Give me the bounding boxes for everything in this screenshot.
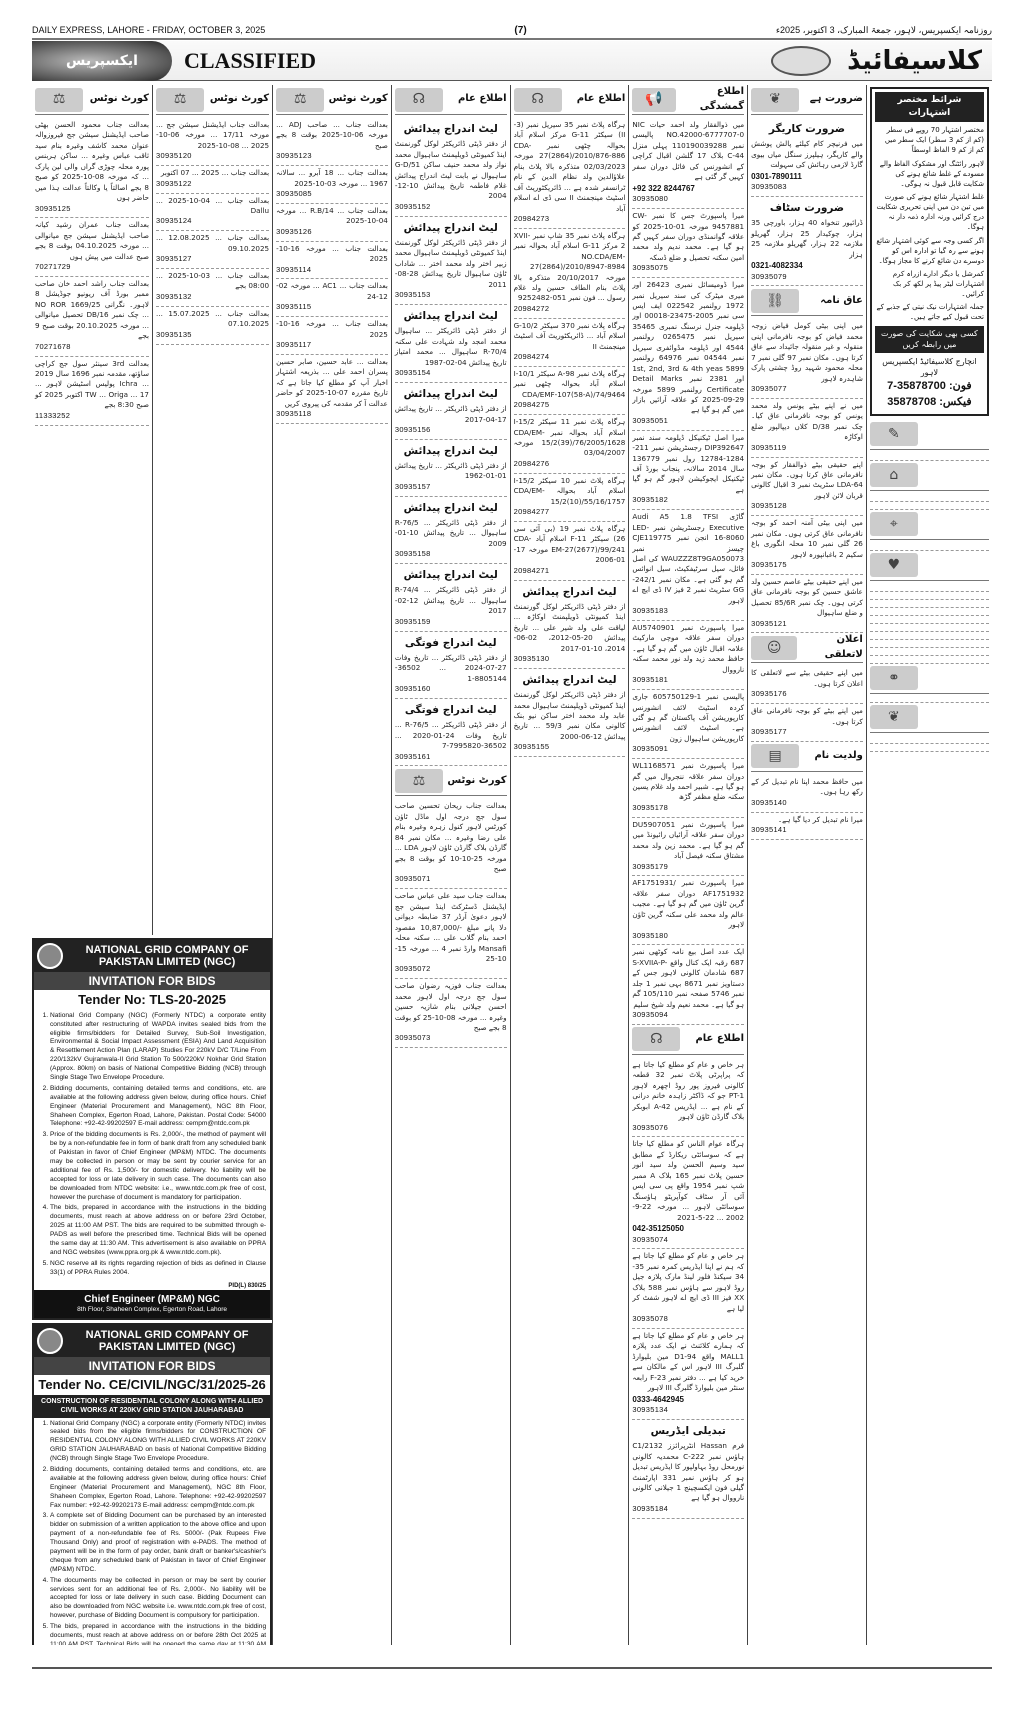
classified-ad: میرا پاسپورٹ نمبر AF1751931/ AF1751932 د…: [632, 876, 744, 945]
ngc-logo-icon: [37, 943, 63, 969]
page-header: DAILY EXPRESS, LAHORE - FRIDAY, OCTOBER …: [32, 22, 992, 40]
classified-ad: [870, 632, 989, 640]
classified-ad: ہرگاہ پلاٹ نمبر 10 سیکٹر I-15/2 اسلام آب…: [514, 474, 626, 522]
rules-item: جملہ اشتہارات نیک نیتی کے جذبے کے تحت قب…: [875, 302, 984, 322]
classified-ad: میرا نام تبدیل کر دیا گیا ہے۔30935141: [751, 813, 863, 840]
book-icon: ▤: [751, 744, 799, 768]
classified-ad: بعدالت جناب ... 18 آبرو ... سالانہ 1967 …: [276, 166, 388, 204]
classified-ad: بعدالت جناب ... مورخہ 16-10-202530935117: [276, 317, 388, 355]
column-court-notices-a: کورٹ نوٹس⚖ بعدالت جناب ... صاحب ADJ ... …: [272, 85, 391, 1645]
tender-header: NATIONAL GRID COMPANY OF PAKISTAN LIMITE…: [34, 940, 270, 972]
section-header: کورٹ نوٹس⚖: [35, 85, 149, 115]
court-icon: ⚖: [35, 88, 83, 112]
classified-ad: میرا پاسپورٹ نمبر WL1168571 دوران سفر عل…: [632, 759, 744, 818]
classified-ad: ہر خاص و عام کو مطلع کیا جاتا ہے کہ ہم ن…: [632, 1249, 744, 1329]
classified-ad: لیٹ اندراج فوتگیاز دفتر ڈپٹی ڈائریکٹر ..…: [395, 632, 507, 699]
classified-ad: لیٹ اندراج پیدائشاز دفتر ڈپٹی ڈائریکٹر .…: [395, 305, 507, 383]
classified-ad: لیٹ اندراج پیدائشاز دفتر ڈپٹی ڈائریکٹر ل…: [514, 669, 626, 757]
header-right: روزنامہ ایکسپریس، لاہور، جمعۃ المبارک، 3…: [776, 25, 992, 36]
section-header-health: ♥: [870, 551, 989, 581]
classified-ad: تبدیلی ایڈریسفرم Hassan انٹرپرائزز C1/21…: [632, 1420, 744, 1519]
classified-ad: لیٹ اندراج فوتگیاز دفتر ڈپٹی ڈائریکٹر ..…: [395, 699, 507, 766]
section-header: کورٹ نوٹس⚖: [156, 85, 269, 115]
speaking-head-icon: ☊: [514, 88, 562, 112]
column-lost-notices: اطلاع گمشدگی📢 میں ذوالفقار ولد احمد حیات…: [628, 85, 747, 1645]
tender-notice-tls: NATIONAL GRID COMPANY OF PAKISTAN LIMITE…: [32, 938, 272, 1320]
classified-ad: بعدالت جناب ... مورخہ 16-10-202530935114: [276, 242, 388, 280]
classified-ad: [870, 592, 989, 600]
classified-ad: ہرگاہ پلاٹ نمبر 19 (بی آئی سی 26) سیکٹر …: [514, 522, 626, 581]
classified-ad: ہرگاہ پلاٹ نمبر 35 سیریل نمبر (3-II) سیک…: [514, 118, 626, 229]
classified-ad: بعدالت جناب فوزیہ رضوان صاحب سول جج درجہ…: [395, 979, 507, 1048]
classified-ad: [870, 744, 989, 752]
newspaper-page: DAILY EXPRESS, LAHORE - FRIDAY, OCTOBER …: [32, 22, 992, 1667]
rules-item: اگر کسی وجہ سے کوئی اشتہار شائع ہونے سے …: [875, 236, 984, 266]
classified-ad: پالیسی نمبر 1-605750129 جاری کردہ اسٹیٹ …: [632, 690, 744, 759]
column-right-classifieds: شرائط مختصر اشتہارات مختصر اشتہار 70 روپ…: [866, 85, 992, 1645]
classified-ad: میں اپنے حقیقی بیٹے عاصم حسین ولد عاشق ح…: [751, 575, 863, 634]
fitness-icon: ♥: [870, 553, 918, 577]
header-left: DAILY EXPRESS, LAHORE - FRIDAY, OCTOBER …: [32, 25, 265, 35]
classified-ad: ضرورت کاریگرمیں فرنیچر کام کیلئے پالش پو…: [751, 118, 863, 197]
house-icon: ⌂: [870, 463, 918, 487]
classified-ad: [870, 608, 989, 616]
classified-ad: بعدالت جناب ... 04-10-2025 ... Dallu3093…: [156, 194, 269, 232]
chain-icon: ⛓: [751, 289, 799, 313]
column-court-notices-c: کورٹ نوٹس⚖ بعدالت جناب محمود الحسن بھٹی …: [32, 85, 152, 935]
incharge: انچارج کلاسیفائیڈ ایکسپریس لاہور: [875, 356, 984, 379]
classified-ad: بعدالت جناب ... AC1 ... مورخہ 02-12-2430…: [276, 279, 388, 317]
classified-ad: میں اپنے حقیقی بیٹے سے لاتعلقی کا اعلان …: [751, 666, 863, 704]
pen-icon: ✎: [870, 422, 918, 446]
magnifier-icon: [771, 46, 831, 76]
person-icon: ☺: [751, 636, 797, 660]
plant-icon: ❦: [870, 705, 918, 729]
classified-ad: لیٹ اندراج پیدائشاز دفتر ڈپٹی ڈائریکٹر ل…: [514, 581, 626, 669]
classified-ad: بعدالت جناب ایڈیشنل سیشن جج ... مورخہ 17…: [156, 118, 269, 166]
tender-number: Tender No. CE/CIVIL/NGC/31/2025-26: [34, 1375, 270, 1395]
rules-item: مختصر اشتہار 70 روپے فی سطر (کم از کم 3 …: [875, 125, 984, 155]
express-logo: ایکسپریس: [32, 41, 172, 81]
classified-ad: بعدالت جناب عمران رشید کیانہ صاحب ایڈیشن…: [35, 218, 149, 277]
tender-notice-civil: NATIONAL GRID COMPANY OF PAKISTAN LIMITE…: [32, 1323, 272, 1645]
classified-ad: بعدالت جناب سید علی عباس صاحب ایڈیشنل ڈس…: [395, 889, 507, 979]
classified-ad: [870, 616, 989, 624]
classified-ad: میں اپنی بیٹی آمنہ احمد کو بوجہ نافرمانی…: [751, 516, 863, 575]
rules-item: لاہور رائٹنگ اور مشکوک الفاظ والے مسودے …: [875, 159, 984, 189]
phone: فون: 35878700-7: [875, 379, 984, 395]
classified-ad: [870, 502, 989, 510]
classified-ad: [870, 640, 989, 648]
classified-ad: میں حافظ محمد اپنا نام تبدیل کر کے رکھ ر…: [751, 775, 863, 813]
classified-ad: بعدالت جناب محمود الحسن بھٹی صاحب ایڈیشن…: [35, 118, 149, 218]
classified-ad: ہرگاہ پلاٹ نمبر 35 شاپ نمبر XVII-2 مرکز …: [514, 229, 626, 319]
classified-ad: ایک عدد اصل بیع نامہ کوٹھی نمبر 687 رقبہ…: [632, 945, 744, 1025]
classified-ad: میرا پاسپورٹ نمبر AU5740901 دوران سفر عل…: [632, 621, 744, 690]
classified-ad: بعدالت جناب ریحان تحسین صاحب سول جج درجہ…: [395, 799, 507, 889]
plant-icon: ❦: [751, 88, 799, 112]
classified-ad: ضرورت سٹافڈرائیور تنخواہ 40 ہزار، باورچی…: [751, 197, 863, 286]
banner-title-ur: کلاسیفائیڈ: [837, 46, 992, 76]
column-general-notices: اطلاع عام☊ ہرگاہ پلاٹ نمبر 35 سیریل نمبر…: [510, 85, 629, 1645]
court-icon: ⚖: [276, 88, 324, 112]
page-number: (7): [514, 25, 526, 36]
classified-ad: میرا اصل ٹیکنیکل ڈپلومہ سند نمبر DIP3926…: [632, 431, 744, 511]
classified-ad: ہرگاہ پلاٹ نمبر 370 سیکٹر G-10/2 اسلام آ…: [514, 319, 626, 367]
section-header-good-news: ⌂: [870, 461, 989, 491]
rules-box: شرائط مختصر اشتہارات مختصر اشتہار 70 روپ…: [870, 87, 989, 416]
compass-icon: ⌖: [870, 512, 918, 536]
section-header: عاق نامہ⛓: [751, 286, 863, 316]
ngc-logo-icon: [37, 1328, 63, 1354]
rules-item: غلط اشتہار شائع ہونے کی صورت میں تین دن …: [875, 192, 984, 233]
section-header-marriage: ⚭: [870, 664, 989, 694]
section-header: اطلاع عام☊: [395, 85, 507, 115]
section-header: اطلاع گمشدگی📢: [632, 85, 744, 115]
classified-ad: [870, 453, 989, 461]
bottom-rule: [32, 1667, 992, 1669]
columns: شرائط مختصر اشتہارات مختصر اشتہار 70 روپ…: [32, 85, 992, 1645]
classified-ad: بعدالت 3rd سینئر سول جج کراچی ساؤتھ، مقد…: [35, 357, 149, 426]
classified-ad: بعدالت جناب ... 03-10-2025 ... 08:00 بجے…: [156, 269, 269, 307]
section-header: اطلاع عام☊: [514, 85, 626, 115]
classified-ad: [870, 656, 989, 664]
classified-ad: میرا پاسپورٹ جس کا نمبر CW-9457881 مورخہ…: [632, 209, 744, 278]
megaphone-icon: 📢: [632, 88, 676, 112]
classified-ad: لیٹ اندراج پیدائشاز دفتر ڈپٹی ڈائریکٹر ل…: [395, 217, 507, 305]
classified-ad: لیٹ اندراج پیدائشاز دفتر ڈپٹی ڈائریکٹر .…: [395, 564, 507, 631]
rules-title: شرائط مختصر اشتہارات: [875, 92, 984, 122]
classified-ad: میں اپنی بیٹی کومل فیاض زوجہ محمد فیاض ک…: [751, 319, 863, 399]
column-wanted-disinherit: ضرورت ہے❦ ضرورت کاریگرمیں فرنیچر کام کیل…: [747, 85, 866, 1645]
classified-ad: بعدالت جناب ... 12.08.2025 ... 09.10.202…: [156, 231, 269, 269]
classified-ad: ہرگاہ عوام الناس کو مطلع کیا جاتا ہے کہ …: [632, 1137, 744, 1249]
classified-ad: لیٹ اندراج پیدائشاز دفتر ڈپٹی ڈائریکٹر .…: [395, 497, 507, 564]
section-header-plots: ✎: [870, 420, 989, 450]
speaking-head-icon: ☊: [395, 88, 443, 112]
tender-header: NATIONAL GRID COMPANY OF PAKISTAN LIMITE…: [34, 1325, 270, 1357]
rules-item: کمرشل یا دیگر ادارے ازراہ کرم اشتہارات ل…: [875, 269, 984, 299]
court-icon: ⚖: [395, 769, 443, 793]
classified-ad: [870, 600, 989, 608]
section-header-wanted: ❦: [870, 703, 989, 733]
classified-ad: بعدالت جناب راشد احمد خان صاحب ممبر بورڈ…: [35, 277, 149, 357]
classified-ad: [870, 584, 989, 592]
classified-ad: بعدالت جناب ... 15.07.2025 ... 07.10.202…: [156, 307, 269, 345]
classified-ad: میں نے اپنے بیٹے یونس ولد محمد یونس کو ب…: [751, 399, 863, 458]
complaint-bar: کسی بھی شکایت کی صورت میں رابطہ کریں: [875, 326, 984, 353]
classified-ad: میں اپنے بیٹے کو بوجہ نافرمانی عاق کرتا …: [751, 704, 863, 742]
classified-ad: بعدالت جناب ... 14/R.B ... مورخہ 04-10-2…: [276, 204, 388, 242]
classified-ad: بعدالت ... عابد حسین، صابر حسین پسران اح…: [276, 355, 388, 424]
section-header: اطلاع عام☊: [632, 1025, 744, 1055]
classified-ad: [870, 494, 989, 502]
classified-ad: اپنے حقیقی بیٹے ذوالفقار کو بوجہ نافرمان…: [751, 458, 863, 517]
classified-ad: میرا پاسپورٹ نمبر DU5907051 دوران سفر عل…: [632, 818, 744, 877]
section-header: اعلان لاتعلقی☺: [751, 633, 863, 663]
classified-ad: ہرگاہ پلاٹ نمبر 98-A سیکٹر I-10/1 اسلام …: [514, 367, 626, 415]
court-icon: ⚖: [156, 88, 204, 112]
section-header: ولدیت نام▤: [751, 742, 863, 772]
classified-banner: ایکسپریس CLASSIFIED کلاسیفائیڈ: [32, 41, 992, 81]
section-header: کورٹ نوٹس⚖: [395, 766, 507, 796]
section-header: کورٹ نوٹس⚖: [276, 85, 388, 115]
speaking-head-icon: ☊: [632, 1027, 680, 1051]
classified-ad: میرا ڈومیسائل نمبری 26423 اور میری میٹرک…: [632, 278, 744, 431]
column-court-notices-b: کورٹ نوٹس⚖ بعدالت جناب ایڈیشنل سیشن جج .…: [152, 85, 272, 935]
fax: فیکس: 35878708: [875, 395, 984, 411]
classified-ad: ہرگاہ پلاٹ نمبر 11 سیکٹر I-15/2 اسلام آب…: [514, 415, 626, 474]
classified-ad: ہر خاص و عام کو مطلع کیا جاتا ہے کہ پراپ…: [632, 1058, 744, 1138]
classified-ad: میں ذوالفقار ولد احمد حیات NIC NO.42000-…: [632, 118, 744, 209]
classified-ad: [870, 624, 989, 632]
left-court-notices: کورٹ نوٹس⚖ بعدالت جناب ایڈیشنل سیشن جج .…: [32, 85, 272, 935]
classified-ad: لیٹ اندراج پیدائشاز دفتر ڈپٹی ڈائریکٹر .…: [395, 440, 507, 497]
classified-ad: ہر خاص و عام کو مطلع کیا جاتا ہے کہ ہمار…: [632, 1329, 744, 1420]
classified-ad: لیٹ اندراج پیدائشاز دفتر ڈپٹی ڈائریکٹر .…: [395, 383, 507, 440]
column-left-block: کورٹ نوٹس⚖ بعدالت جناب ایڈیشنل سیشن جج .…: [32, 85, 272, 1645]
couple-icon: ⚭: [870, 666, 918, 690]
banner-title-en: CLASSIFIED: [184, 48, 771, 74]
classified-ad: [870, 648, 989, 656]
classified-ad: لیٹ اندراج پیدائشاز دفتر ڈپٹی ڈائریکٹر ل…: [395, 118, 507, 217]
classified-ad: بعدالت جناب ... صاحب ADJ ... مورخہ 06-10…: [276, 118, 388, 166]
section-header-business: ⌖: [870, 510, 989, 540]
classified-ad: گاڑی Audi A5 1.8 TFSI Executive رجسٹریشن…: [632, 510, 744, 621]
tender-number: Tender No: TLS-20-2025: [34, 990, 270, 1010]
classified-ad: [870, 543, 989, 551]
classified-ad: بعدالت جناب ... 2025 ... 07 اکتوبر309351…: [156, 166, 269, 193]
section-header: ضرورت ہے❦: [751, 85, 863, 115]
classified-ad: [870, 736, 989, 744]
column-late-registration: اطلاع عام☊ لیٹ اندراج پیدائشاز دفتر ڈپٹی…: [391, 85, 510, 1645]
